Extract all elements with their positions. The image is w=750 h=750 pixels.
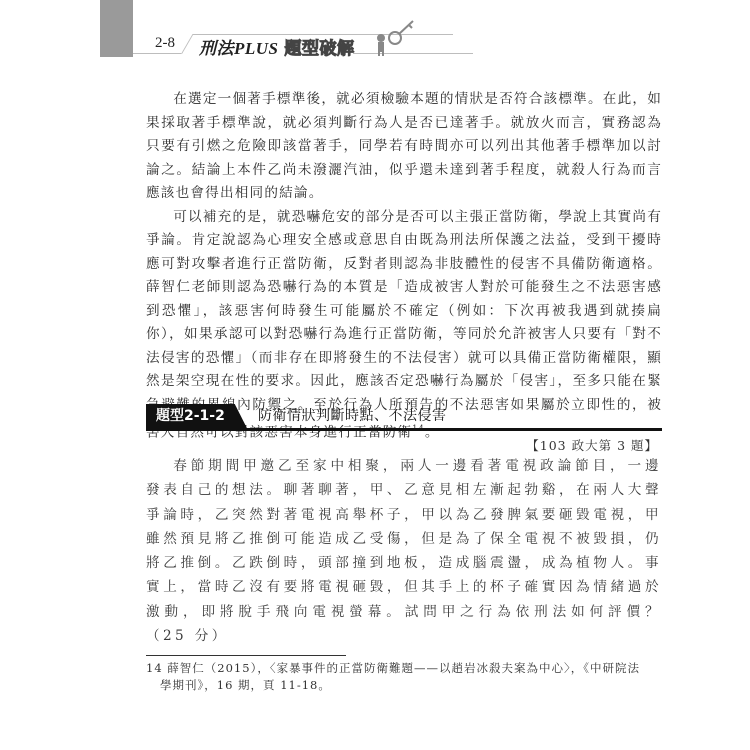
footnote-number: 14	[146, 661, 163, 675]
question-text: 春節期間甲邀乙至家中相聚，兩人一邊看著電視政論節目，一邊發表自己的想法。聊著聊著…	[146, 454, 662, 648]
footnote-line-2: 學期刊》，16 期，頁 11-18。	[146, 677, 662, 694]
key-figure-icon	[371, 18, 419, 58]
footnote-rule	[146, 655, 346, 656]
page-header: 2-8 刑法PLUS題型破解	[133, 0, 653, 70]
header-rule-bottom	[133, 53, 181, 54]
body-text: 在選定一個著手標準後，就必須檢驗本題的情狀是否符合該標準。在此，如果採取著手標準…	[146, 88, 662, 445]
section-title: 防衛情狀判斷時點、不法侵害	[258, 404, 447, 428]
chapter-tab	[100, 0, 133, 57]
book-title-emphasis: 題型破解	[285, 39, 355, 58]
paragraph-1: 在選定一個著手標準後，就必須檢驗本題的情狀是否符合該標準。在此，如果採取著手標準…	[146, 88, 662, 206]
page-number: 2-8	[155, 35, 175, 52]
header-rule-slant	[181, 34, 194, 54]
section-header: 題型2-1-2 防衛情狀判斷時點、不法侵害	[146, 404, 662, 431]
question-text-block: 春節期間甲邀乙至家中相聚，兩人一邊看著電視政論節目，一邊發表自己的想法。聊著聊著…	[146, 454, 662, 648]
book-title: 刑法PLUS題型破解	[199, 34, 355, 59]
footnote-line-1: 薛智仁（2015），〈家暴事件的正當防衛難題——以趙岩冰殺夫案為中心〉，《中研院…	[167, 661, 640, 675]
footnote-14: 14 薛智仁（2015），〈家暴事件的正當防衛難題——以趙岩冰殺夫案為中心〉，《…	[146, 660, 662, 694]
question-source: 【103 政大第 3 題】	[146, 436, 658, 454]
section-tag: 題型2-1-2	[146, 404, 247, 428]
book-title-main: 刑法PLUS	[199, 39, 279, 58]
